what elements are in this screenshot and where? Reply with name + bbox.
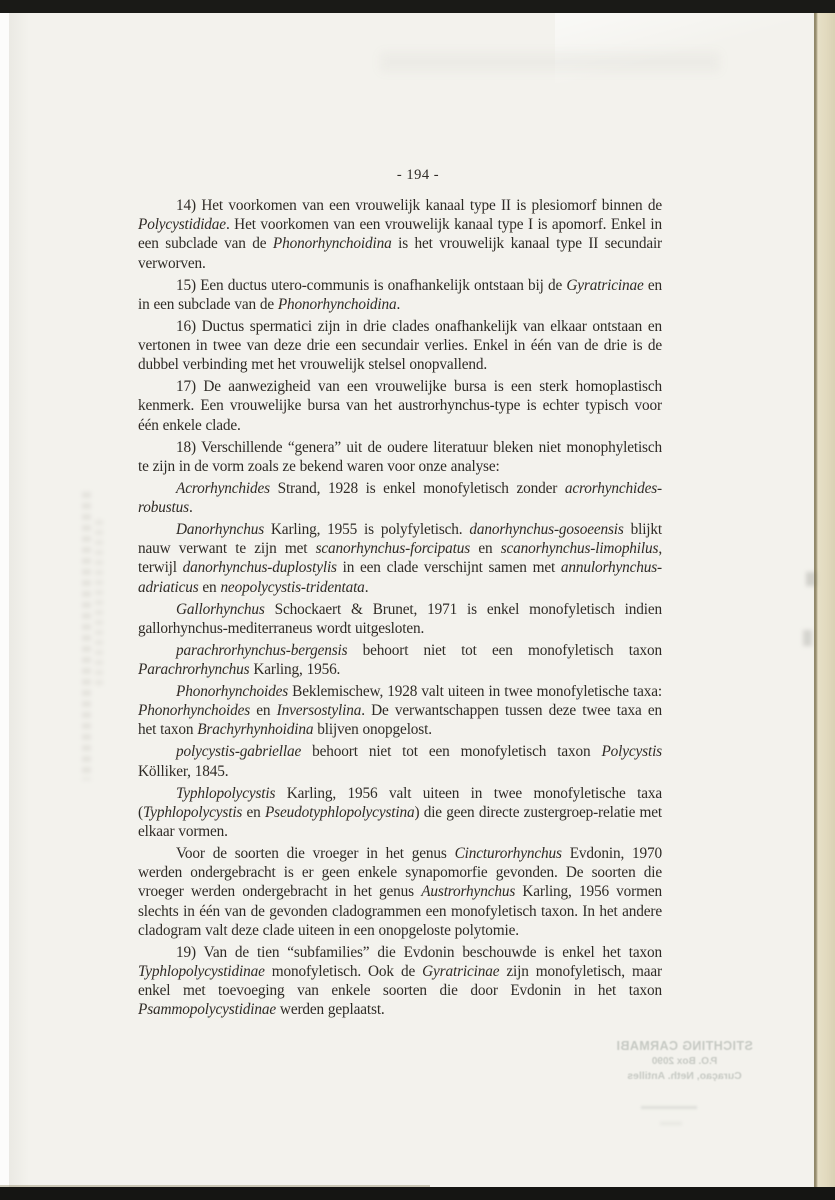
taxon-name: Gallorhynchus <box>176 601 265 618</box>
taxon-name: Inversostylina <box>277 702 362 719</box>
text-run: Voor de soorten die vroeger in het genus <box>176 845 455 862</box>
taxon-name: Polycystis <box>601 743 662 760</box>
text-run: Karling, 1955 is polyfyletisch. <box>264 521 469 538</box>
taxon-name: polycystis-gabriellae <box>176 743 301 760</box>
text-run: . <box>189 499 193 516</box>
text-run: 16) Ductus spermatici zijn in drie clade… <box>138 318 666 373</box>
paragraph-11: polycystis-gabriellae behoort niet tot e… <box>138 742 662 780</box>
book-edge-strip <box>814 13 835 1187</box>
stamp-smudge-dot <box>660 1122 682 1125</box>
taxon-name: Typhlopolycystis <box>143 804 242 821</box>
taxon-name: Phonorhynchoides <box>138 702 250 719</box>
taxon-name: Cincturorhynchus <box>455 845 562 862</box>
bleed-through-smudge-spine <box>82 492 91 780</box>
bleed-through-smudge-spine-2 <box>95 520 103 690</box>
paragraph-4: 17) De aanwezigheid van een vrouwelijke … <box>138 377 662 435</box>
text-run: Karling, 1956. <box>249 661 340 678</box>
stamp-line-2: P.O. Box 2090 <box>612 1054 757 1069</box>
text-run: Beklemischew, 1928 valt uiteen in twee m… <box>288 683 666 700</box>
bleed-through-smudge-top <box>380 52 720 72</box>
paragraphs: 14) Het voorkomen van een vrouwelijk kan… <box>138 196 662 1020</box>
text-run: 17) De aanwezigheid van een vrouwelijke … <box>138 378 666 433</box>
paragraph-13: Voor de soorten die vroeger in het genus… <box>138 844 662 940</box>
text-run: in een clade verschijnt samen met <box>337 559 561 576</box>
paragraph-3: 16) Ductus spermatici zijn in drie clade… <box>138 317 662 375</box>
taxon-name: Phonorhynchoidina <box>273 235 392 252</box>
taxon-name: Pseudotyphlopolycystina <box>265 804 414 821</box>
scan-speck <box>803 630 812 646</box>
text-run: . <box>397 296 401 313</box>
text-run: . <box>365 579 369 596</box>
scan-top-band <box>0 0 835 13</box>
text-column: - 194 - 14) Het voorkomen van een vrouwe… <box>138 166 662 1020</box>
paragraph-12: Typhlopolycystis Karling, 1956 valt uite… <box>138 784 662 842</box>
text-run: Strand, 1928 is enkel monofyletisch zond… <box>270 480 565 497</box>
taxon-name: Typhlopolycystidinae <box>138 963 265 980</box>
text-run: 14) Het voorkomen van een vrouwelijk kan… <box>176 197 666 214</box>
taxon-name: scanorhynchus-forcipatus <box>316 540 470 557</box>
taxon-name: Psammopolycystidinae <box>138 1001 276 1018</box>
scan-left-margin <box>0 13 9 1187</box>
stamp-line-1: STICHTING CARMABI <box>612 1038 757 1054</box>
text-run: behoort niet tot een monofyletisch taxon <box>301 743 601 760</box>
taxon-name: Acrorhynchides <box>176 480 270 497</box>
taxon-name: Brachyrhynhoidina <box>197 721 313 738</box>
paragraph-1: 14) Het voorkomen van een vrouwelijk kan… <box>138 196 662 273</box>
taxon-name: Parachrorhynchus <box>138 661 249 678</box>
taxon-name: Austrorhynchus <box>421 883 515 900</box>
text-run: 18) Verschillende “genera” uit de oudere… <box>138 439 666 475</box>
paragraph-6: Acrorhynchides Strand, 1928 is enkel mon… <box>138 479 662 517</box>
taxon-name: Gyratricinae <box>422 963 499 980</box>
scanned-page: - 194 - 14) Het voorkomen van een vrouwe… <box>0 0 835 1200</box>
taxon-name: scanorhynchus-limophilus <box>501 540 659 557</box>
text-run: monofyletisch. Ook de <box>265 963 422 980</box>
text-run: blijven onopgelost. <box>313 721 432 738</box>
paragraph-2: 15) Een ductus utero-communis is onafhan… <box>138 276 662 314</box>
taxon-name: danorhynchus-gosoeensis <box>469 521 623 538</box>
text-run: 19) Van de tien “subfamilies” die Evdoni… <box>176 944 666 961</box>
paragraph-10: Phonorhynchoides Beklemischew, 1928 valt… <box>138 682 662 740</box>
mirrored-stamp-bleed-through: STICHTING CARMABI P.O. Box 2090 Curaçao,… <box>612 1038 757 1084</box>
page-left-shadow <box>9 13 29 1187</box>
paragraph-9: parachrorhynchus-bergensis behoort niet … <box>138 641 662 679</box>
scan-speck <box>806 572 816 586</box>
text-run: 15) Een ductus utero-communis is onafhan… <box>176 277 566 294</box>
stamp-smudge-dash <box>641 1106 697 1109</box>
taxon-name: neopolycystis-tridentata <box>220 579 364 596</box>
text-run: en <box>199 579 221 596</box>
paragraph-7: Danorhynchus Karling, 1955 is polyfyleti… <box>138 520 662 597</box>
taxon-name: Phonorhynchoides <box>176 683 288 700</box>
taxon-name: Phonorhynchoidina <box>278 296 397 313</box>
paragraph-5: 18) Verschillende “genera” uit de oudere… <box>138 438 662 476</box>
scan-bottom-band <box>0 1187 835 1200</box>
text-run: werden geplaatst. <box>276 1001 385 1018</box>
page-corner-highlight <box>555 13 813 83</box>
taxon-name: Gyratricinae <box>566 277 643 294</box>
text-run: en <box>470 540 501 557</box>
taxon-name: Polycystididae <box>138 216 226 233</box>
text-run: en <box>242 804 265 821</box>
page-number: - 194 - <box>156 166 680 185</box>
taxon-name: Typhlopolycystis <box>176 785 275 802</box>
taxon-name: danorhynchus-duplostylis <box>183 559 337 576</box>
taxon-name: Danorhynchus <box>176 521 264 538</box>
text-run: behoort niet tot een monofyletisch taxon <box>347 642 665 659</box>
paragraph-8: Gallorhynchus Schockaert & Brunet, 1971 … <box>138 600 662 638</box>
stamp-line-3: Curaçao, Neth. Antilles <box>612 1069 757 1084</box>
text-run: en <box>250 702 277 719</box>
taxon-name: parachrorhynchus-bergensis <box>176 642 347 659</box>
paragraph-14: 19) Van de tien “subfamilies” die Evdoni… <box>138 943 662 1020</box>
